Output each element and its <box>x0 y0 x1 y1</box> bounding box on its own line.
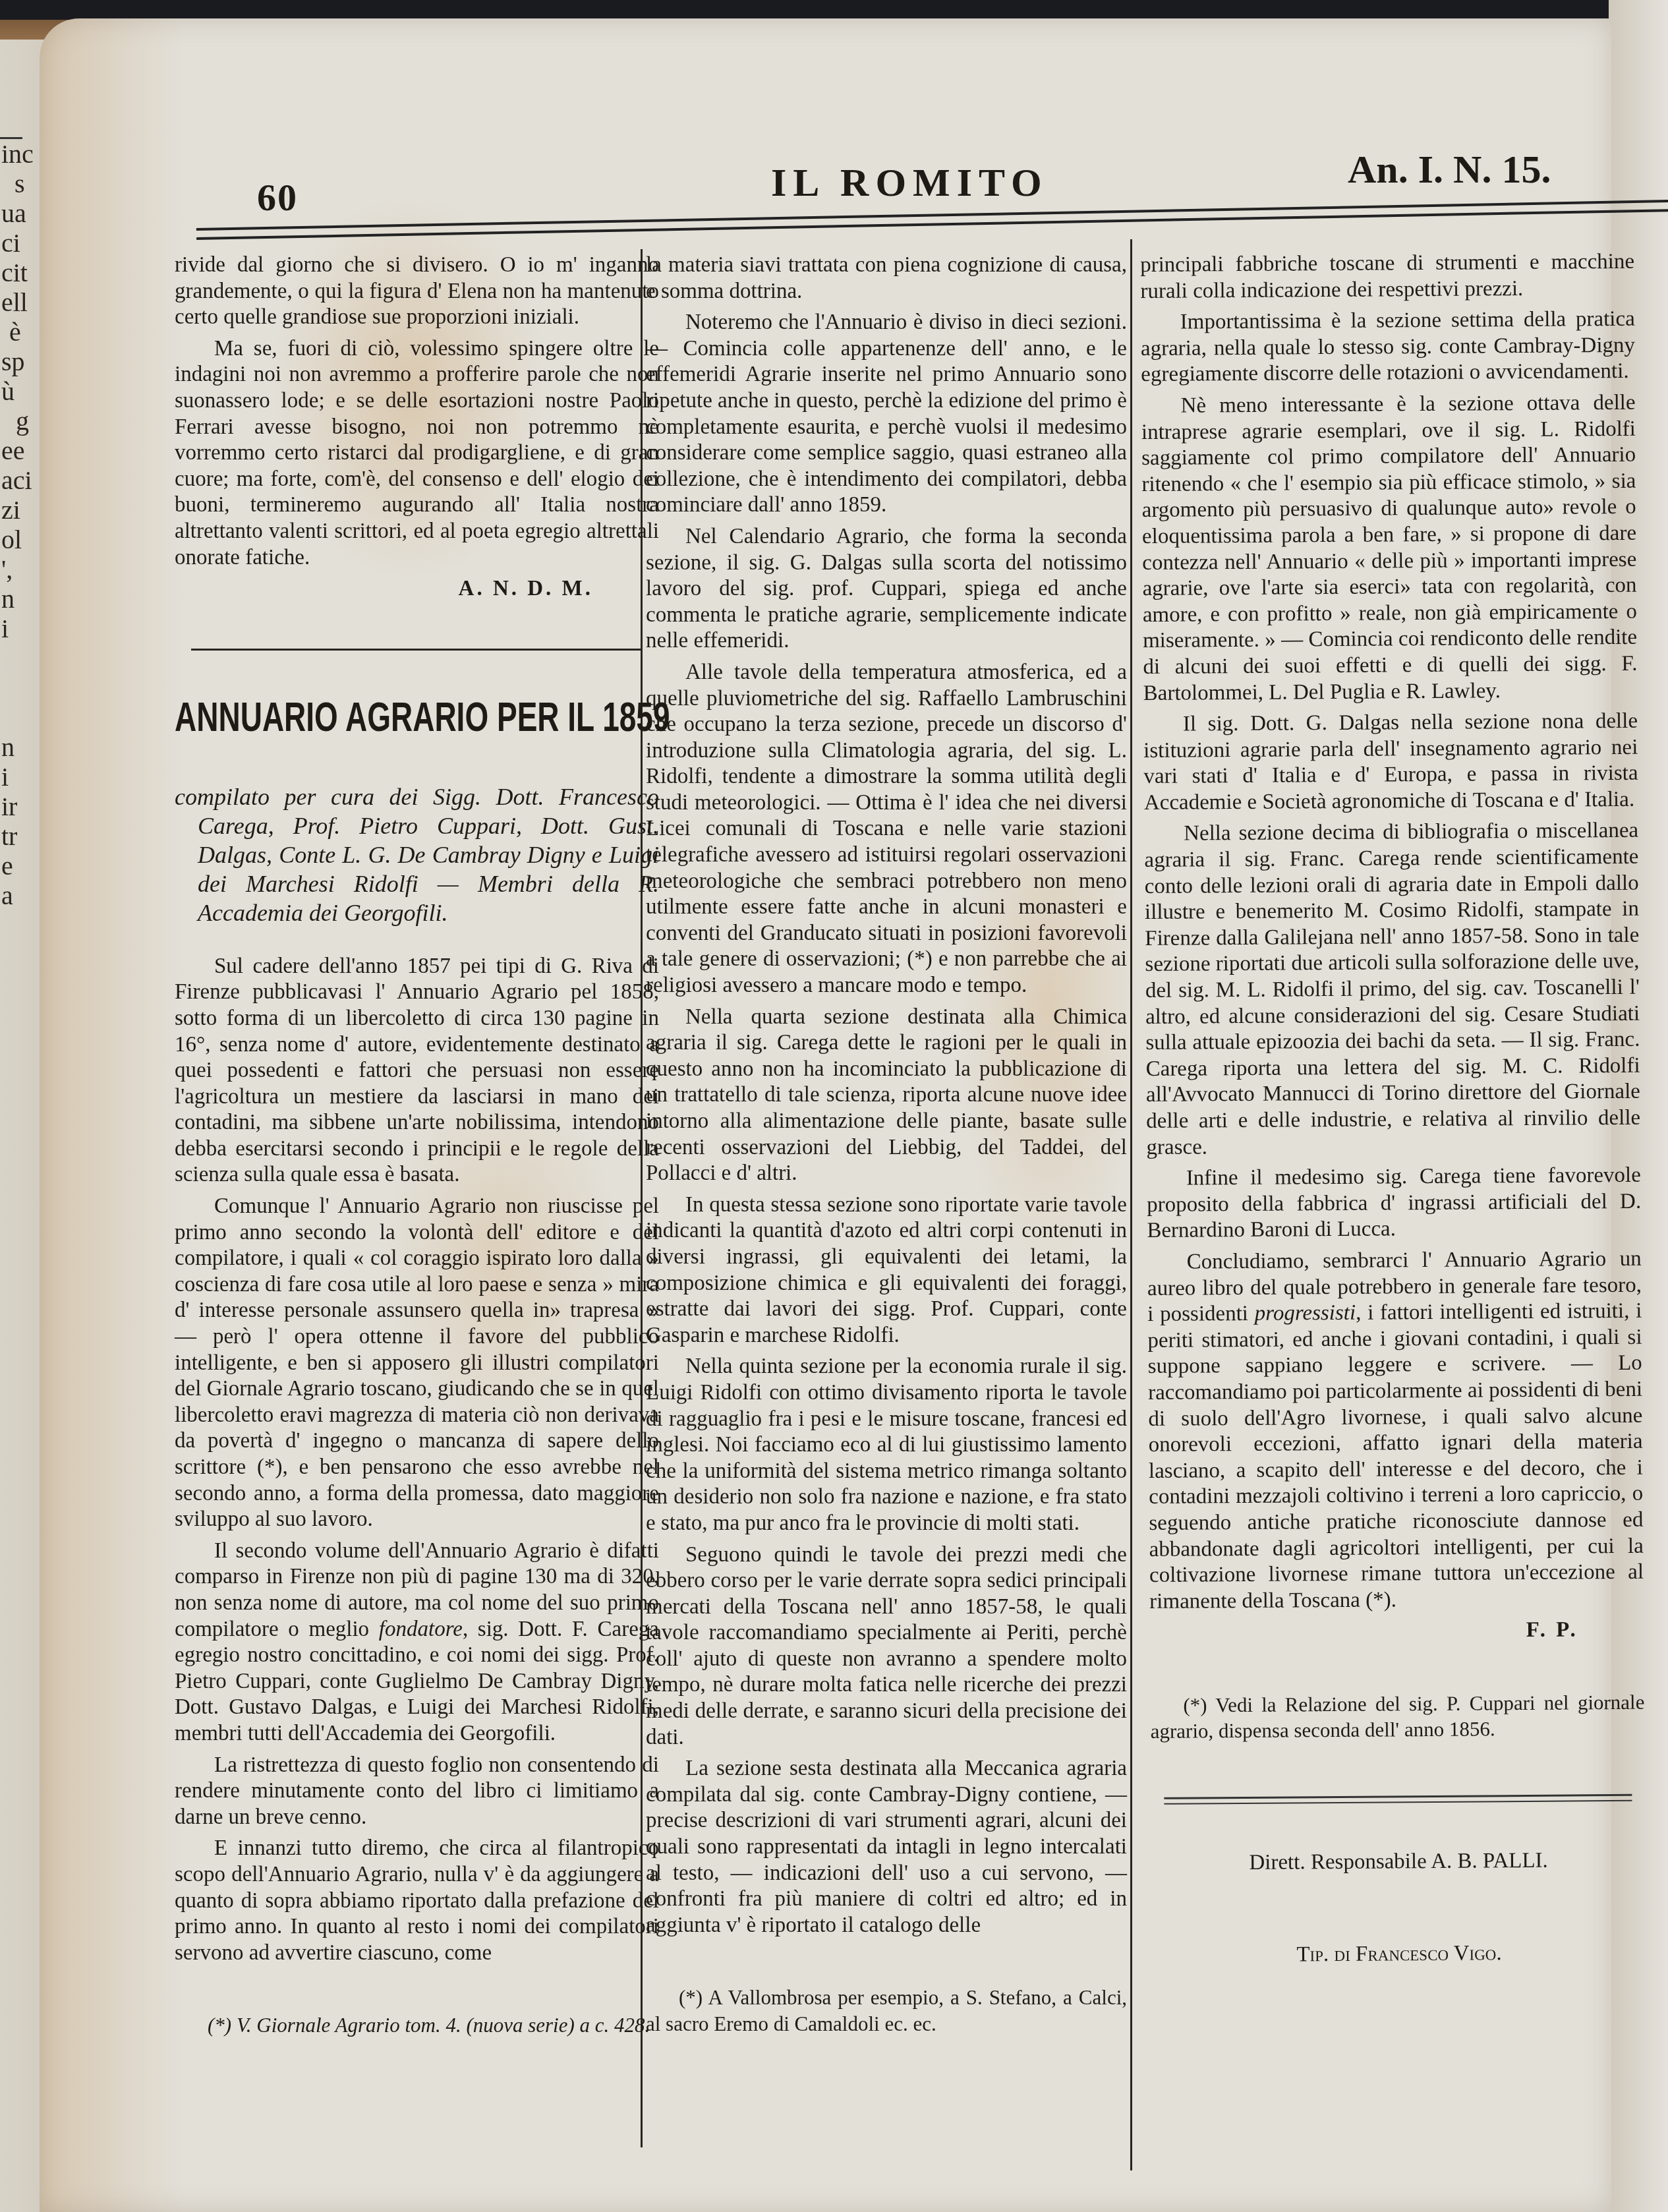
responsible-director: Dirett. Responsabile A. B. PALLI. <box>1151 1848 1646 1877</box>
paragraph: E innanzi tutto diremo, che circa al fil… <box>175 1836 659 1966</box>
paragraph: rivide dal giorno che si divisero. O io … <box>175 252 659 331</box>
paragraph: Sul cadere dell'anno 1857 pei tipi di G.… <box>175 954 659 1188</box>
italic-term: fondatore <box>379 1617 463 1641</box>
newspaper-page: 60 IL ROMITO An. I. N. 15. rivide dal gi… <box>40 18 1611 2212</box>
article-title: ANNUARIO AGRARIO PER IL 1859 <box>175 689 659 743</box>
fragment-text: aci <box>1 465 32 496</box>
fragment-text: cit <box>1 257 28 289</box>
paragraph-text: , i fattori intelligenti ed istruiti, i … <box>1147 1299 1644 1614</box>
fragment-text: i <box>1 613 9 645</box>
fragment-text: g <box>16 405 29 437</box>
column-1: rivide dal giorno che si divisero. O io … <box>175 252 659 2044</box>
footnote: (*) A Vallombrosa per esempio, a S. Stef… <box>646 1985 1127 2037</box>
paragraph: In questa stessa sezione sono riportate … <box>646 1192 1127 1349</box>
fragment-text: n <box>1 732 14 763</box>
column-2: la materia siavi trattata con piena cogn… <box>646 252 1127 2043</box>
paragraph: Il sig. Dott. G. Dalgas nella sezione no… <box>1143 709 1638 817</box>
fragment-text: ua <box>1 198 26 229</box>
paragraph: La sezione sesta destinata alla Meccanic… <box>646 1756 1127 1938</box>
masthead-double-rule <box>196 200 1668 240</box>
fragment-text: ol <box>1 524 22 556</box>
paragraph: Infine il medesimo sig. Carega tiene fav… <box>1147 1163 1642 1244</box>
fragment-text: ù <box>1 376 14 407</box>
fragment-text: ee <box>1 435 25 467</box>
fragment-text: ir <box>1 791 17 823</box>
author-signature: F. P. <box>1149 1617 1644 1646</box>
fragment-text: n <box>1 583 14 615</box>
fragment-text: a <box>1 880 13 912</box>
column-3: principali fabbriche toscane di strument… <box>1140 249 1646 1969</box>
fragment-text: ', <box>1 554 13 585</box>
fragment-text: e <box>1 850 13 882</box>
article-byline: compilato per cura dei Sigg. Dott. Franc… <box>175 782 659 927</box>
journal-title: IL ROMITO <box>771 160 1049 206</box>
paragraph: Importantissima è la sezione settima del… <box>1141 306 1636 388</box>
paragraph: Nel Calendario Agrario, che forma la sec… <box>646 524 1127 655</box>
paragraph: Nella quinta sezione per la economia rur… <box>646 1354 1127 1536</box>
paragraph: La ristrettezza di questo foglio non con… <box>175 1753 659 1831</box>
fragment-text: s <box>14 168 25 200</box>
paragraph: Nella sezione decima di bibliografia o m… <box>1144 818 1641 1161</box>
closing-double-rule <box>1164 1794 1632 1805</box>
masthead: 60 IL ROMITO An. I. N. 15. <box>40 18 1611 236</box>
paragraph: Alle tavole della temperatura atmosferic… <box>646 660 1127 999</box>
author-signature: A. N. D. M. <box>175 576 659 602</box>
fragment-text: i <box>1 761 9 793</box>
fragment-text: ell <box>1 287 28 318</box>
paragraph: Nella quarta sezione destinata alla Chim… <box>646 1004 1127 1187</box>
footnote: (*) V. Giornale Agrario tom. 4. (nuova s… <box>175 2012 659 2039</box>
printer-imprint: Tip. di Francesco Vigo. <box>1152 1939 1646 1969</box>
fragment-text: è <box>9 316 21 348</box>
italic-term: progressisti <box>1255 1301 1356 1325</box>
fragment-text: sp <box>1 346 25 378</box>
paragraph: Noteremo che l'Annuario è diviso in diec… <box>646 310 1127 519</box>
paragraph: Seguono quindi le tavole dei prezzi medi… <box>646 1542 1127 1751</box>
section-divider <box>191 649 643 651</box>
paragraph: Nè meno interessante è la sezione ottava… <box>1141 390 1637 707</box>
footnote: (*) Vedi la Relazione del sig. P. Cuppar… <box>1150 1689 1645 1745</box>
paragraph: Ma se, fuori di ciò, volessimo spingere … <box>175 336 659 571</box>
paragraph: Concludiamo, sembrarci l' Annuario Agrar… <box>1147 1246 1644 1615</box>
fragment-text: zi <box>1 494 20 526</box>
fragment-text: inc <box>1 138 34 170</box>
issue-label: An. I. N. 15. <box>1348 147 1551 192</box>
column-divider <box>1130 239 1132 2170</box>
fragment-text: tr <box>1 821 17 852</box>
fragment-text: ci <box>1 227 20 259</box>
paragraph: principali fabbriche toscane di strument… <box>1140 249 1635 305</box>
page-number: 60 <box>257 175 298 219</box>
paragraph: Comunque l' Annuario Agrario non riuscis… <box>175 1194 659 1533</box>
paragraph: Il secondo volume dell'Annuario Agrario … <box>175 1538 659 1747</box>
paragraph: la materia siavi trattata con piena cogn… <box>646 252 1127 305</box>
